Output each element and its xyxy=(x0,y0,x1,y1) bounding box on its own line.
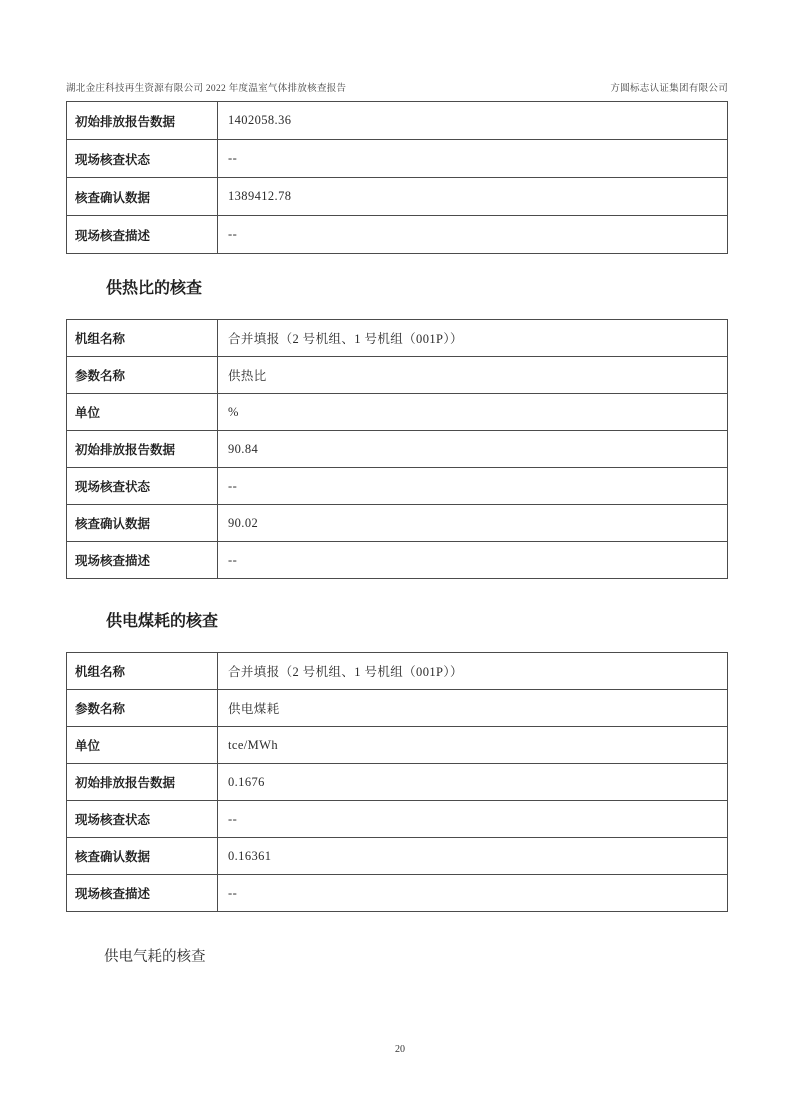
table-row: 参数名称供电煤耗 xyxy=(67,690,728,727)
table-row: 现场核查描述-- xyxy=(67,216,728,254)
row-value: -- xyxy=(218,216,728,254)
table-row: 单位% xyxy=(67,394,728,431)
section-heading-heating-ratio: 供热比的核查 xyxy=(66,275,728,298)
table-row: 初始排放报告数据0.1676 xyxy=(67,764,728,801)
page-number: 20 xyxy=(0,1044,800,1055)
row-value: 0.1676 xyxy=(218,764,728,801)
table-row: 核查确认数据1389412.78 xyxy=(67,178,728,216)
table-row: 单位tce/MWh xyxy=(67,727,728,764)
page-header: 湖北金庄科技再生资源有限公司 2022 年度温室气体排放核查报告 方圆标志认证集… xyxy=(66,80,728,94)
table-row: 核查确认数据90.02 xyxy=(67,505,728,542)
row-value: 合并填报（2 号机组、1 号机组（001P）） xyxy=(218,653,728,690)
table-row: 现场核查状态-- xyxy=(67,801,728,838)
row-label: 核查确认数据 xyxy=(67,505,218,542)
row-label: 机组名称 xyxy=(67,653,218,690)
row-value: 合并填报（2 号机组、1 号机组（001P）） xyxy=(218,320,728,357)
table-row: 参数名称供热比 xyxy=(67,357,728,394)
row-value: 1402058.36 xyxy=(218,102,728,140)
table-row: 机组名称合并填报（2 号机组、1 号机组（001P）） xyxy=(67,320,728,357)
header-report-title: 湖北金庄科技再生资源有限公司 2022 年度温室气体排放核查报告 xyxy=(66,80,346,94)
row-label: 机组名称 xyxy=(67,320,218,357)
table-row: 现场核查描述-- xyxy=(67,875,728,912)
row-value: -- xyxy=(218,542,728,579)
row-value: 供电煤耗 xyxy=(218,690,728,727)
row-value: tce/MWh xyxy=(218,727,728,764)
table-row: 初始排放报告数据90.84 xyxy=(67,431,728,468)
section-heading-gas-consumption: 供电气耗的核查 xyxy=(66,945,728,966)
row-label: 单位 xyxy=(67,394,218,431)
row-label: 参数名称 xyxy=(67,357,218,394)
row-label: 现场核查描述 xyxy=(67,542,218,579)
row-value: 供热比 xyxy=(218,357,728,394)
row-value: -- xyxy=(218,801,728,838)
section-heading-coal-consumption: 供电煤耗的核查 xyxy=(66,608,728,631)
row-label: 现场核查描述 xyxy=(67,216,218,254)
page-content: 湖北金庄科技再生资源有限公司 2022 年度温室气体排放核查报告 方圆标志认证集… xyxy=(66,0,728,966)
row-value: 0.16361 xyxy=(218,838,728,875)
row-label: 初始排放报告数据 xyxy=(67,431,218,468)
row-value: 90.02 xyxy=(218,505,728,542)
table-row: 核查确认数据0.16361 xyxy=(67,838,728,875)
row-value: -- xyxy=(218,468,728,505)
document-page: 湖北金庄科技再生资源有限公司 2022 年度温室气体排放核查报告 方圆标志认证集… xyxy=(0,0,800,1120)
row-label: 初始排放报告数据 xyxy=(67,764,218,801)
coal-consumption-table: 机组名称合并填报（2 号机组、1 号机组（001P））参数名称供电煤耗单位tce… xyxy=(66,652,728,912)
table-row: 现场核查状态-- xyxy=(67,468,728,505)
row-value: 90.84 xyxy=(218,431,728,468)
emission-data-table: 初始排放报告数据1402058.36现场核查状态--核查确认数据1389412.… xyxy=(66,101,728,254)
row-label: 参数名称 xyxy=(67,690,218,727)
row-label: 现场核查状态 xyxy=(67,468,218,505)
row-label: 核查确认数据 xyxy=(67,838,218,875)
table-row: 机组名称合并填报（2 号机组、1 号机组（001P）） xyxy=(67,653,728,690)
row-label: 初始排放报告数据 xyxy=(67,102,218,140)
row-value: 1389412.78 xyxy=(218,178,728,216)
row-value: -- xyxy=(218,875,728,912)
row-label: 现场核查状态 xyxy=(67,801,218,838)
row-label: 核查确认数据 xyxy=(67,178,218,216)
row-label: 现场核查描述 xyxy=(67,875,218,912)
table-row: 初始排放报告数据1402058.36 xyxy=(67,102,728,140)
heating-ratio-table: 机组名称合并填报（2 号机组、1 号机组（001P））参数名称供热比单位%初始排… xyxy=(66,319,728,579)
table-row: 现场核查描述-- xyxy=(67,542,728,579)
header-certifier-name: 方圆标志认证集团有限公司 xyxy=(610,80,728,94)
row-label: 单位 xyxy=(67,727,218,764)
row-value: % xyxy=(218,394,728,431)
row-label: 现场核查状态 xyxy=(67,140,218,178)
table-row: 现场核查状态-- xyxy=(67,140,728,178)
row-value: -- xyxy=(218,140,728,178)
